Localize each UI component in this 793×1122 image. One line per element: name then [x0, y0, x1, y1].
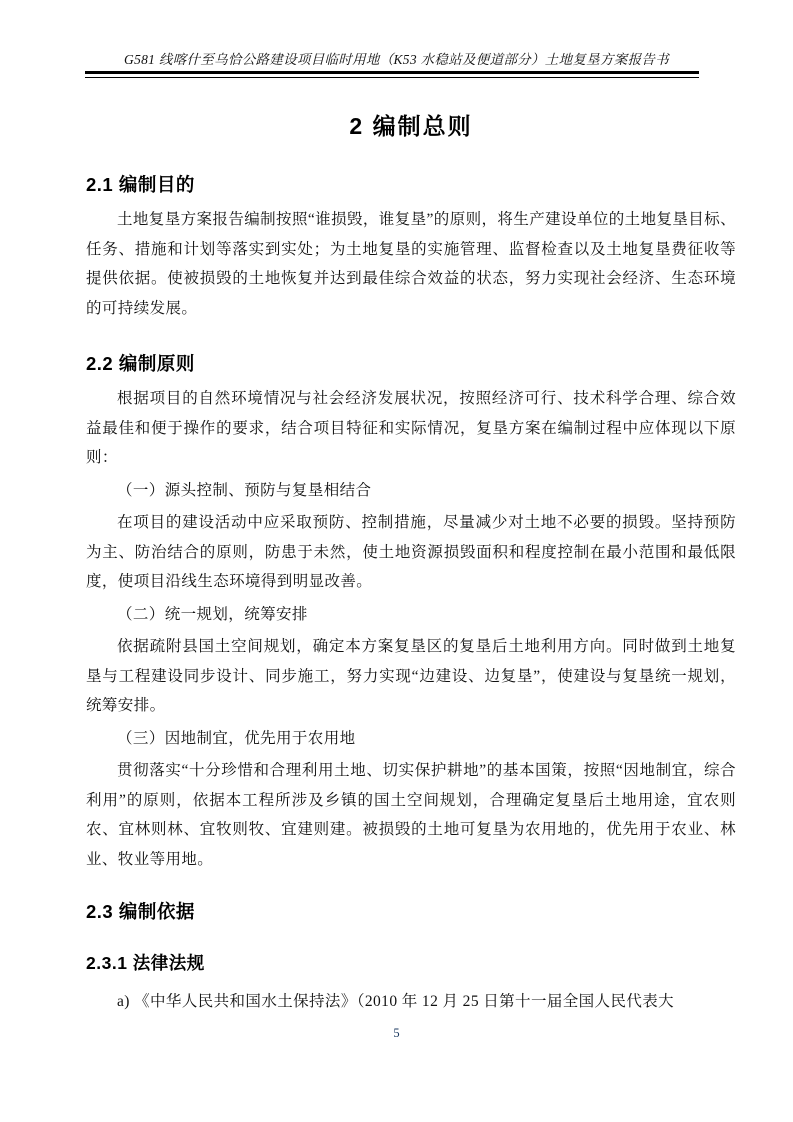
principle-3-body: 贯彻落实“十分珍惜和合理利用土地、切实保护耕地”的基本国策，按照“因地制宜，综合… — [86, 756, 736, 874]
section-2-3: 2.3 编制依据 — [86, 898, 736, 924]
header-rule-divider — [85, 71, 699, 78]
principle-1-title: （一）源头控制、预防与复垦相结合 — [86, 476, 736, 506]
section-2-1-paragraph: 土地复垦方案报告编制按照“谁损毁，谁复垦”的原则，将生产建设单位的土地复垦目标、… — [86, 205, 736, 323]
section-2-2-paragraph-intro: 根据项目的自然环境情况与社会经济发展状况，按照经济可行、技术科学合理、综合效益最… — [86, 384, 736, 473]
section-2-3-1-heading: 2.3.1 法律法规 — [86, 950, 736, 975]
section-2-1-heading: 2.1 编制目的 — [86, 171, 736, 197]
section-2-3-1: 2.3.1 法律法规 a) 《中华人民共和国水土保持法》（2010 年 12 月… — [86, 950, 736, 1017]
principle-1-body: 在项目的建设活动中应采取预防、控制措施，尽量减少对土地不必要的损毁。坚持预防为主… — [86, 508, 736, 597]
document-body: 2 编制总则 2.1 编制目的 土地复垦方案报告编制按照“谁损毁，谁复垦”的原则… — [0, 108, 793, 1017]
chapter-title: 2 编制总则 — [86, 108, 736, 141]
principle-3-title: （三）因地制宜，优先用于农用地 — [86, 724, 736, 754]
page-number: 5 — [0, 1026, 793, 1041]
principle-2-title: （二）统一规划，统筹安排 — [86, 600, 736, 630]
section-2-1: 2.1 编制目的 土地复垦方案报告编制按照“谁损毁，谁复垦”的原则，将生产建设单… — [86, 171, 736, 323]
document-page: G581 线喀什至乌恰公路建设项目临时用地（K53 水稳站及便道部分）土地复垦方… — [0, 0, 793, 1122]
principle-2-body: 依据疏附县国土空间规划，确定本方案复垦区的复垦后土地利用方向。同时做到土地复垦与… — [86, 632, 736, 721]
section-2-3-heading: 2.3 编制依据 — [86, 898, 736, 924]
section-2-2: 2.2 编制原则 根据项目的自然环境情况与社会经济发展状况，按照经济可行、技术科… — [86, 350, 736, 874]
running-header-title: G581 线喀什至乌恰公路建设项目临时用地（K53 水稳站及便道部分）土地复垦方… — [0, 48, 793, 68]
section-2-2-heading: 2.2 编制原则 — [86, 350, 736, 376]
law-item-a: a) 《中华人民共和国水土保持法》（2010 年 12 月 25 日第十一届全国… — [86, 987, 736, 1017]
